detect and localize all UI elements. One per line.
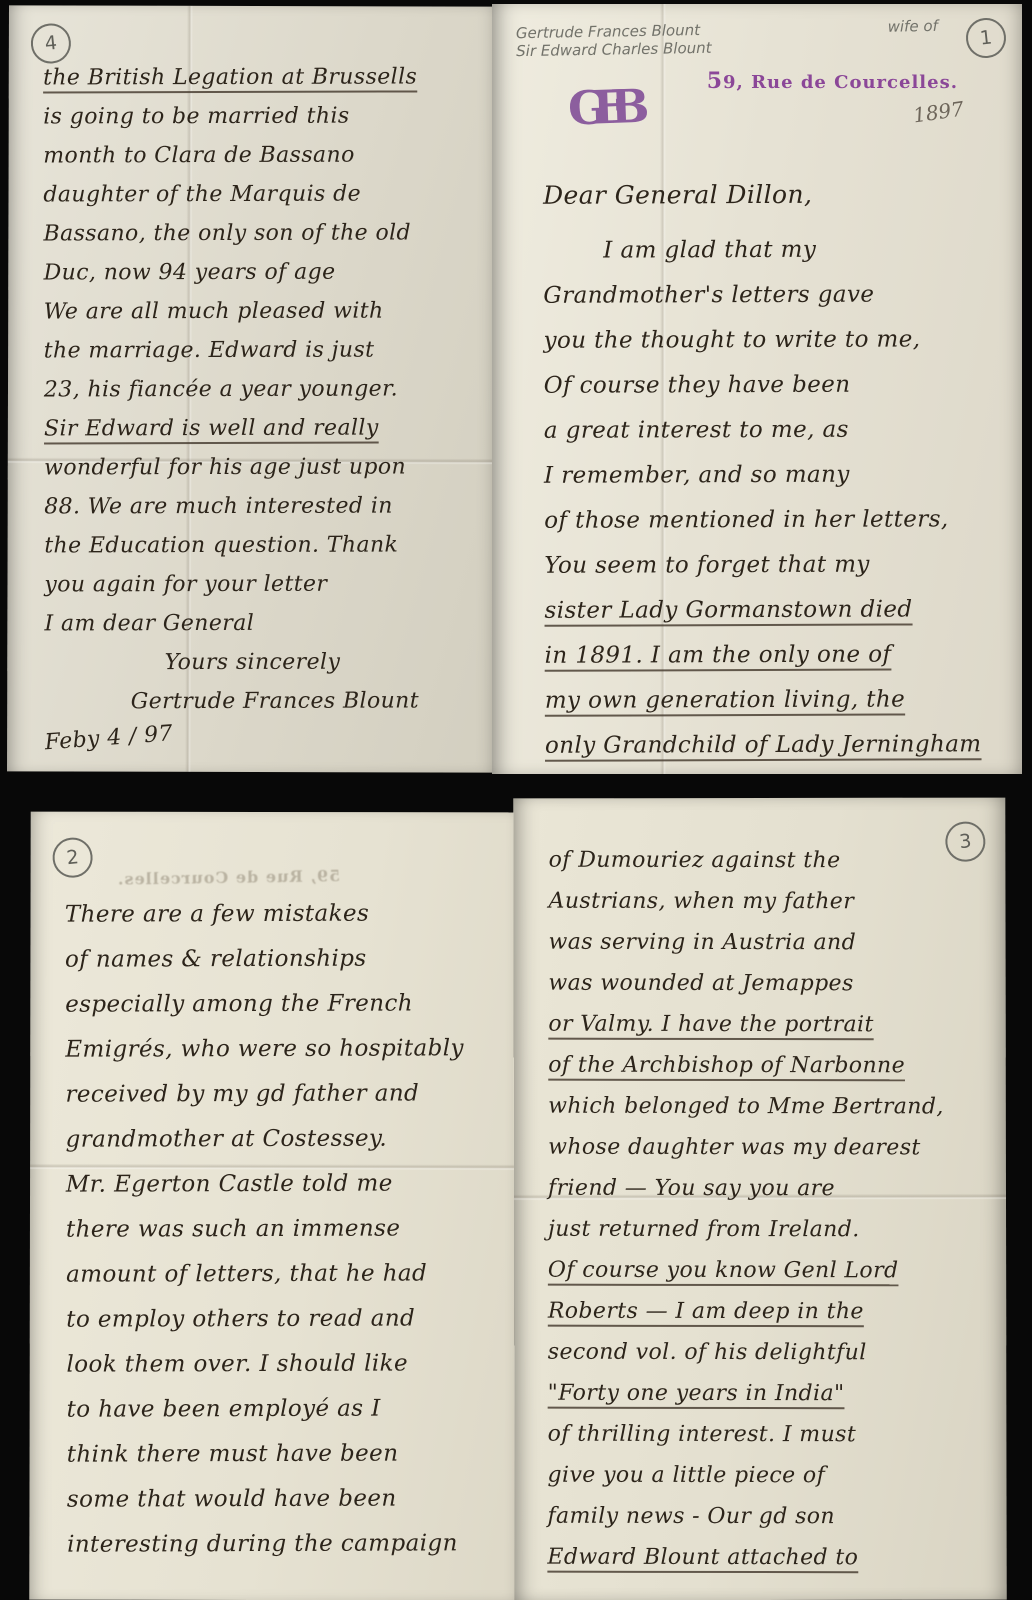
letter-line: Mr. Egerton Castle told me <box>66 1161 465 1207</box>
letter-line: just returned from Ireland. <box>548 1209 944 1251</box>
letter-line: Emigrés, who were so hospitably <box>65 1026 464 1072</box>
page1-text: Dear General Dillon, I am glad that myGr… <box>543 171 982 769</box>
letter-page-3: 3 of Dumouriez against theAustrians, whe… <box>513 798 1006 1600</box>
salutation: Dear General Dillon, <box>543 171 980 229</box>
letter-line: Of course you know Genl Lord <box>548 1250 944 1292</box>
letter-line: only Grandchild of Lady Jerningham <box>545 722 982 769</box>
letter-line: in 1891. I am the only one of <box>545 632 982 679</box>
pencil-annotation: Gertrude Frances Blount wife of Sir Edwa… <box>516 16 997 60</box>
letter-line: which belonged to Mme Bertrand, <box>548 1086 944 1128</box>
page-number-badge: 3 <box>943 820 987 864</box>
letter-line: I am glad that my <box>543 227 980 274</box>
letter-line: 88. We are much interested in <box>44 486 418 526</box>
letter-line: whose daughter was my dearest <box>548 1127 944 1169</box>
letter-line: friend — You say you are <box>548 1168 944 1210</box>
letter-page-2: 2 59, Rue de Courcelles. There are a few… <box>29 812 520 1600</box>
letter-line: second vol. of his delightful <box>548 1332 944 1374</box>
letter-line: Sir Edward is well and really <box>44 408 418 448</box>
letter-line: the Education question. Thank <box>44 525 418 565</box>
page2-text: There are a few mistakesof names & relat… <box>65 891 466 1567</box>
letter-line: of thrilling interest. I must <box>548 1414 944 1456</box>
letter-page-1: Gertrude Frances Blount wife of Sir Edwa… <box>492 4 1022 774</box>
letter-line: my own generation living, the <box>545 677 982 724</box>
letter-line: of names & relationships <box>65 936 464 982</box>
page3-text: of Dumouriez against theAustrians, when … <box>547 840 944 1579</box>
letter-line: was wounded at Jemappes <box>548 963 944 1005</box>
letter-line: interesting during the campaign <box>67 1521 466 1567</box>
letter-line: look them over. I should like <box>66 1341 465 1387</box>
letter-line: was serving in Austria and <box>548 922 944 964</box>
letter-line: Of course they have been <box>544 362 981 409</box>
letter-line: Yours sincerely <box>45 642 419 682</box>
letter-line: to employ others to read and <box>66 1296 465 1342</box>
printed-letterhead: 59, Rue de Courcelles. <box>707 68 958 94</box>
letter-line: of Dumouriez against the <box>549 840 945 882</box>
letter-line: There are a few mistakes <box>65 891 464 937</box>
letter-line: the British Legation at Brussells <box>43 57 417 97</box>
letter-line: there was such an immense <box>66 1206 465 1252</box>
letter-line: Grandmother's letters gave <box>543 272 980 319</box>
letter-line: We are all much pleased with <box>44 291 418 331</box>
letter-line: you again for your letter <box>44 564 418 604</box>
letter-line: daughter of the Marquis de <box>43 174 417 214</box>
scanned-letter-canvas: 4 the British Legation at Brussellsis go… <box>0 0 1032 1600</box>
letter-line: grandmother at Costessey. <box>66 1116 465 1162</box>
letter-line: you the thought to write to me, <box>543 317 980 364</box>
monogram-stamp: GFB <box>567 79 656 136</box>
letter-page-4: 4 the British Legation at Brussellsis go… <box>7 5 495 772</box>
letter-line: to have been employé as I <box>67 1386 466 1432</box>
letter-line: month to Clara de Bassano <box>43 135 417 175</box>
letter-line: received by my gd father and <box>65 1071 464 1117</box>
letter-line: "Forty one years in India" <box>548 1373 944 1415</box>
letter-line: Edward Blount attached to <box>547 1537 943 1579</box>
letter-line: give you a little piece of <box>548 1455 944 1497</box>
letter-line: think there must have been <box>67 1431 466 1477</box>
letter-line: especially among the French <box>65 981 464 1027</box>
letter-line: the marriage. Edward is just <box>44 330 418 370</box>
letter-line: or Valmy. I have the portrait <box>548 1004 944 1046</box>
annotation-wife-of: wife of <box>887 17 937 36</box>
letter-line: wonderful for his age just upon <box>44 447 418 487</box>
letter-line: a great interest to me, as <box>544 407 981 454</box>
letter-line: You seem to forget that my <box>544 542 981 589</box>
page4-text: the British Legation at Brussellsis goin… <box>43 57 419 762</box>
letter-line: Bassano, the only son of the old <box>43 213 417 253</box>
letter-line: some that would have been <box>67 1476 466 1522</box>
letter-line: sister Lady Gormanstown died <box>544 587 981 634</box>
letter-line: of those mentioned in her letters, <box>544 497 981 544</box>
letter-line: is going to be married this <box>43 96 417 136</box>
letter-line: family news - Our gd son <box>547 1496 943 1538</box>
letter-line: of the Archbishop of Narbonne <box>548 1045 944 1087</box>
year-annotation: 1897 <box>912 97 966 128</box>
letterhead-showthrough: 59, Rue de Courcelles. <box>78 866 378 890</box>
letter-line: amount of letters, that he had <box>66 1251 465 1297</box>
letter-line: Duc, now 94 years of age <box>44 252 418 292</box>
letter-line: Roberts — I am deep in the <box>548 1291 944 1333</box>
letter-line: I am dear General <box>44 603 418 643</box>
letter-line: 23, his fiancée a year younger. <box>44 369 418 409</box>
letter-line: Austrians, when my father <box>549 881 945 923</box>
letter-line: I remember, and so many <box>544 452 981 499</box>
